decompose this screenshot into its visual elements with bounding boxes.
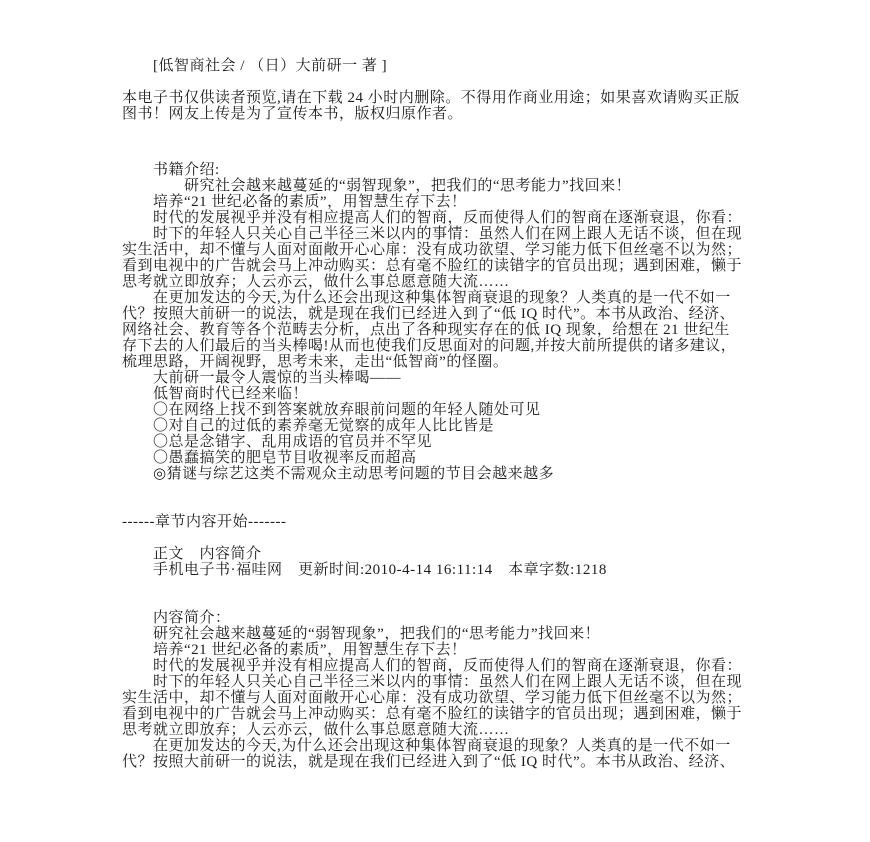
book-intro-line: 时下的年轻人只关心自己半径三米以内的事情：虽然人们在网上跟人无话不谈，但在现 <box>122 226 770 242</box>
content-intro-line: 时代的发展视乎并没有相应提高人们的智商，反而使得人们的智商在逐渐衰退，你看： <box>122 658 770 674</box>
content-intro-line: 代？按照大前研一的说法，就是现在我们已经进入到了“低 IQ 时代”。本书从政治、… <box>122 754 770 770</box>
content-intro-heading: 内容简介： <box>122 610 770 626</box>
chapter-start-marker: ------章节内容开始------- <box>122 514 770 530</box>
chapter-title-line: 正文 内容简介 <box>122 546 770 562</box>
book-intro-line: 实生活中，却不懂与人面对面敞开心心扉：没有成功欲望、学习能力低下但丝毫不以为然； <box>122 242 770 258</box>
book-title-line: [低智商社会 / （日）大前研一 著 ] <box>122 58 770 74</box>
bullet-item-line: 〇在网络上找不到答案就放弃眼前问题的年轻人随处可见 <box>122 402 770 418</box>
document-text-block: [低智商社会 / （日）大前研一 著 ] 本电子书仅供读者预览,请在下载 24 … <box>122 58 770 770</box>
book-intro-line: 低智商时代已经来临！ <box>122 386 770 402</box>
content-intro-line: 在更加发达的今天,为什么还会出现这种集体智商衰退的现象？人类真的是一代不如一 <box>122 738 770 754</box>
book-intro-line: 网络社会、教育等各个范畴去分析，点出了各种现实存在的低 IQ 现象，给想在 21… <box>122 322 770 338</box>
book-intro-line: 代？按照大前研一的说法，就是现在我们已经进入到了“低 IQ 时代”。本书从政治、… <box>122 306 770 322</box>
book-intro-section: 书籍介绍: 研究社会越来越蔓延的“弱智现象”，把我们的“思考能力”找回来！ 培养… <box>122 162 770 482</box>
ebook-text-page: [低智商社会 / （日）大前研一 著 ] 本电子书仅供读者预览,请在下载 24 … <box>0 0 870 842</box>
content-intro-line: 培养“21 世纪必备的素质”，用智慧生存下去！ <box>122 642 770 658</box>
content-intro-line: 研究社会越来越蔓延的“弱智现象”，把我们的“思考能力”找回来！ <box>122 626 770 642</box>
content-intro-line: 实生活中，却不懂与人面对面敞开心心扉：没有成功欲望、学习能力低下但丝毫不以为然； <box>122 690 770 706</box>
bullet-item-line: ◎猜谜与综艺这类不需观众主动思考问题的节目会越来越多 <box>122 466 770 482</box>
title-section: [低智商社会 / （日）大前研一 著 ] <box>122 58 770 74</box>
book-intro-line: 大前研一最令人震惊的当头棒喝—— <box>122 370 770 386</box>
book-intro-line: 研究社会越来越蔓延的“弱智现象”，把我们的“思考能力”找回来！ <box>122 178 770 194</box>
copyright-line: 图书！网友上传是为了宣传本书，版权归原作者。 <box>122 106 770 122</box>
book-intro-line: 时代的发展视乎并没有相应提高人们的智商，反而使得人们的智商在逐渐衰退，你看： <box>122 210 770 226</box>
bullet-item-line: 〇对自己的过低的素养毫无觉察的成年人比比皆是 <box>122 418 770 434</box>
book-intro-line: 存下去的人们最后的当头棒喝!从而也使我们反思面对的问题,并按大前所提供的诸多建议… <box>122 338 770 354</box>
chapter-marker-section: ------章节内容开始------- <box>122 514 770 530</box>
content-intro-section: 内容简介： 研究社会越来越蔓延的“弱智现象”，把我们的“思考能力”找回来！ 培养… <box>122 610 770 770</box>
bullet-item-line: 〇总是念错字、乱用成语的官员并不罕见 <box>122 434 770 450</box>
book-intro-line: 培养“21 世纪必备的素质”，用智慧生存下去！ <box>122 194 770 210</box>
chapter-meta-line: 手机电子书·福哇网 更新时间:2010-4-14 16:11:14 本章字数:1… <box>122 562 770 578</box>
book-intro-heading: 书籍介绍: <box>122 162 770 178</box>
copyright-notice: 本电子书仅供读者预览,请在下载 24 小时内删除。不得用作商业用途；如果喜欢请购… <box>122 90 770 122</box>
content-intro-line: 思考就立即放弃；人云亦云，做什么事总愿意随大流…… <box>122 722 770 738</box>
book-intro-line: 看到电视中的广告就会马上冲动购买：总有毫不脸红的读错字的官员出现；遇到困难，懒于 <box>122 258 770 274</box>
book-intro-line: 梳理思路，开阔视野，思考未来，走出“低智商”的怪圈。 <box>122 354 770 370</box>
content-intro-line: 看到电视中的广告就会马上冲动购买：总有毫不脸红的读错字的官员出现；遇到困难，懒于 <box>122 706 770 722</box>
chapter-header-section: 正文 内容简介 手机电子书·福哇网 更新时间:2010-4-14 16:11:1… <box>122 546 770 578</box>
content-intro-line: 时下的年轻人只关心自己半径三米以内的事情：虽然人们在网上跟人无话不谈，但在现 <box>122 674 770 690</box>
book-intro-line: 在更加发达的今天,为什么还会出现这种集体智商衰退的现象？人类真的是一代不如一 <box>122 290 770 306</box>
bullet-item-line: 〇愚蠢搞笑的肥皂节目收视率反而超高 <box>122 450 770 466</box>
copyright-line: 本电子书仅供读者预览,请在下载 24 小时内删除。不得用作商业用途；如果喜欢请购… <box>122 90 770 106</box>
book-intro-line: 思考就立即放弃；人云亦云，做什么事总愿意随大流…… <box>122 274 770 290</box>
